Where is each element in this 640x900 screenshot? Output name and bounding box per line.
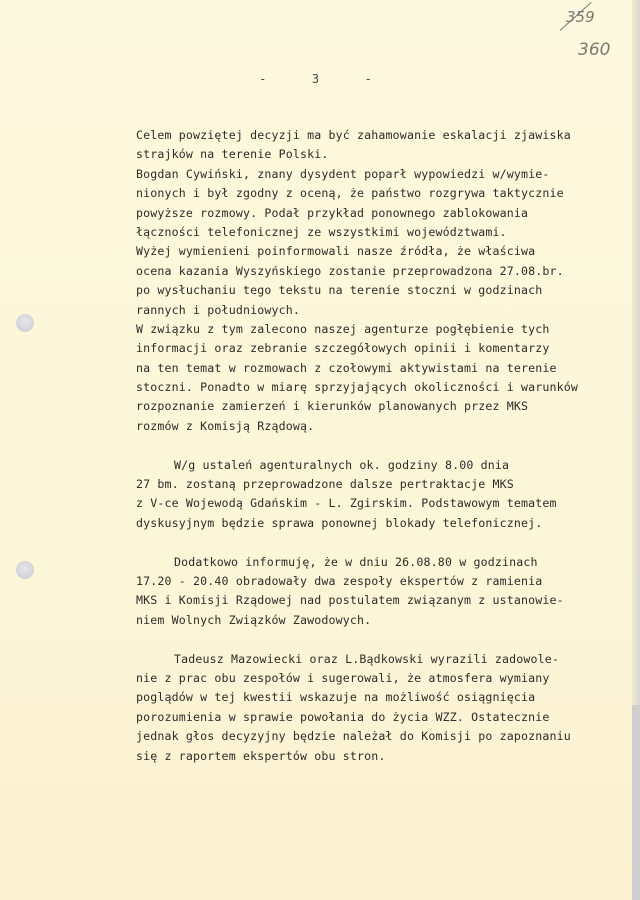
text-line: Wyżej wymienieni poinformowali nasze źró… xyxy=(136,242,636,261)
paragraph: Celem powziętej decyzji ma być zahamowan… xyxy=(136,126,636,436)
text-line: MKS i Komisji Rządowej nad postulatem zw… xyxy=(136,591,636,610)
paragraph-gap xyxy=(136,533,636,552)
text-line: ocena kazania Wyszyńskiego zostanie prze… xyxy=(136,262,636,281)
text-line: nie z prac obu zespołów i sugerowali, że… xyxy=(136,669,636,688)
text-line: nionych i był zgodny z oceną, że państwo… xyxy=(136,184,636,203)
text-line: rannych i południowych. xyxy=(136,301,636,320)
text-line: W związku z tym zalecono naszej agenturz… xyxy=(136,320,636,339)
page-marker-number: 3 xyxy=(312,72,320,86)
text-line: z V-ce Wojewodą Gdańskim - L. Zgirskim. … xyxy=(136,494,636,513)
text-line: łączności telefonicznej ze wszystkimi wo… xyxy=(136,223,636,242)
text-line: W/g ustaleń agenturalnych ok. godziny 8.… xyxy=(136,456,636,475)
paragraph: Dodatkowo informuję, że w dniu 26.08.80 … xyxy=(136,553,636,631)
text-line: stoczni. Ponadto w miarę sprzyjających o… xyxy=(136,378,636,397)
text-line: niem Wolnych Związków Zawodowych. xyxy=(136,611,636,630)
text-line: na ten temat w rozmowach z czołowymi akt… xyxy=(136,359,636,378)
text-line: Dodatkowo informuję, że w dniu 26.08.80 … xyxy=(136,553,636,572)
handwritten-annotation: 359 360 xyxy=(560,6,635,66)
paragraph: W/g ustaleń agenturalnych ok. godziny 8.… xyxy=(136,456,636,534)
text-line: dyskusyjnym będzie sprawa ponownej bloka… xyxy=(136,514,636,533)
text-line: porozumienia w sprawie powołania do życi… xyxy=(136,708,636,727)
text-line: rozpoznanie zamierzeń i kierunków planow… xyxy=(136,397,636,416)
text-line: strajków na terenie Polski. xyxy=(136,145,636,164)
document-body: Celem powziętej decyzji ma być zahamowan… xyxy=(136,126,636,766)
typed-page-marker: - 3 - xyxy=(0,72,632,86)
text-line: rozmów z Komisją Rządową. xyxy=(136,417,636,436)
paragraph-gap xyxy=(136,630,636,649)
text-line: powyższe rozmowy. Podał przykład ponowne… xyxy=(136,204,636,223)
text-line: Celem powziętej decyzji ma być zahamowan… xyxy=(136,126,636,145)
paragraph-gap xyxy=(136,436,636,455)
handwritten-page-number: 360 xyxy=(578,40,610,60)
text-line: jednak głos decyzyjny będzie należał do … xyxy=(136,727,636,746)
text-line: 27 bm. zostaną przeprowadzone dalsze per… xyxy=(136,475,636,494)
text-line: Tadeusz Mazowiecki oraz L.Bądkowski wyra… xyxy=(136,650,636,669)
page-marker-dash-right: - xyxy=(365,72,373,86)
page-marker-dash-left: - xyxy=(259,72,267,86)
paragraph: Tadeusz Mazowiecki oraz L.Bądkowski wyra… xyxy=(136,650,636,766)
text-line: informacji oraz zebranie szczegółowych o… xyxy=(136,339,636,358)
text-line: poglądów w tej kwestii wskazuje na możli… xyxy=(136,688,636,707)
text-line: się z raportem ekspertów obu stron. xyxy=(136,747,636,766)
punch-hole-bottom xyxy=(16,561,34,579)
text-line: po wysłuchaniu tego tekstu na terenie st… xyxy=(136,281,636,300)
text-line: Bogdan Cywiński, znany dysydent poparł w… xyxy=(136,165,636,184)
punch-hole-top xyxy=(16,314,34,332)
text-line: 17.20 - 20.40 obradowały dwa zespoły eks… xyxy=(136,572,636,591)
